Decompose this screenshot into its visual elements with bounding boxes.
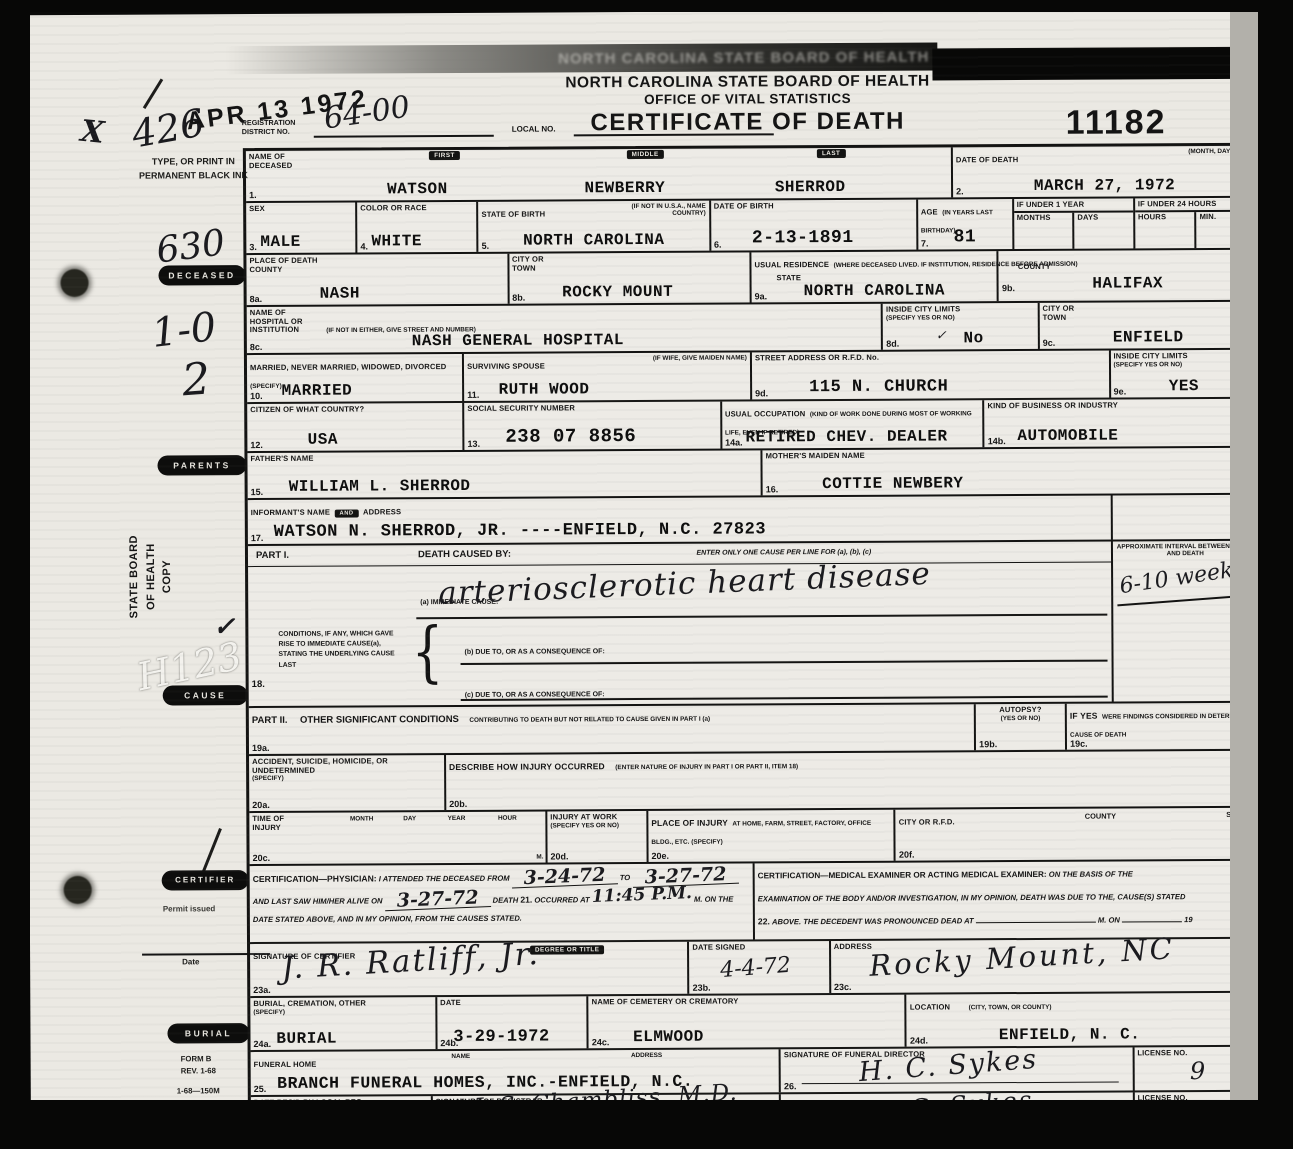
field-citizen: CITIZEN OF WHAT COUNTRY? 12. USA bbox=[247, 403, 464, 451]
cause-b-line bbox=[461, 660, 1108, 665]
father-name-value: WILLIAM L. SHERROD bbox=[289, 477, 471, 496]
form-row: MARRIED, NEVER MARRIED, WIDOWED, DIVORCE… bbox=[247, 350, 1257, 404]
registration-district-label: REGISTRATION DISTRICT NO. bbox=[242, 118, 296, 137]
tab-deceased: DECEASED bbox=[158, 265, 245, 285]
under-1-year-columns: MONTHS DAYS bbox=[1014, 212, 1133, 249]
cemetery-value: ELMWOOD bbox=[633, 1028, 704, 1046]
field-residence-city: CITY OR TOWN 9c. ENFIELD bbox=[1040, 302, 1257, 349]
first-name-value: WATSON bbox=[387, 180, 448, 198]
tab-burial: BURIAL bbox=[167, 1023, 249, 1043]
field-cemetery: NAME OF CEMETERY OR CREMATORY 24c. ELMWO… bbox=[589, 995, 907, 1049]
certificate-title: CERTIFICATE OF DEATH bbox=[448, 107, 1048, 138]
industry-value: AUTOMOBILE bbox=[1017, 427, 1118, 446]
field-place-of-death-county: PLACE OF DEATH COUNTY 8a. NASH bbox=[246, 254, 509, 305]
tab-parents: PARENTS bbox=[157, 455, 246, 475]
interval-value: 6-10 weeks bbox=[1118, 556, 1246, 599]
field-residence-state: USUAL RESIDENCE (WHERE DECEASED LIVED. I… bbox=[751, 251, 999, 302]
field-business-industry: KIND OF BUSINESS OR INDUSTRY 14b. AUTOMO… bbox=[984, 399, 1257, 447]
check-mark: ✓ bbox=[936, 328, 947, 343]
field-signature-of-certifier: SIGNATURE OF CERTIFIER DEGREE OR TITLE 2… bbox=[250, 942, 690, 996]
form-row-part2: PART II. OTHER SIGNIFICANT CONDITIONS CO… bbox=[249, 703, 1259, 756]
field-date-signed: DATE SIGNED 23b. 4-4-72 bbox=[689, 941, 831, 994]
field-date-of-birth: DATE OF BIRTH 6. 2-13-1891 bbox=[711, 200, 918, 251]
form-row-funeral-home: FUNERAL HOME NAME ADDRESS 25. BRANCH FUN… bbox=[251, 1047, 1261, 1097]
ghost-text: NORTH CAROLINA STATE BOARD OF HEALTH bbox=[558, 48, 937, 67]
tab-certifier: CERTIFIER bbox=[162, 870, 249, 890]
due-to-b-label: (b) DUE TO, OR AS A CONSEQUENCE OF: bbox=[464, 648, 604, 656]
field-sex: SEX 3. MALE bbox=[246, 203, 357, 254]
citizen-value: USA bbox=[308, 431, 338, 449]
ssn-value: 238 07 8856 bbox=[505, 425, 636, 448]
field-name-of-deceased: NAME OF DECEASED FIRST MIDDLE LAST 1. WA… bbox=[246, 147, 953, 201]
handwritten-x-mark: X bbox=[79, 114, 106, 151]
field-surviving-spouse: SURVIVING SPOUSE (IF WIFE, GIVE MAIDEN N… bbox=[464, 352, 752, 401]
type-or-print-note: TYPE, OR PRINT IN PERMANENT BLACK INK bbox=[126, 154, 261, 183]
informant-value: WATSON N. SHERROD, JR. ----ENFIELD, N.C.… bbox=[274, 520, 766, 542]
right-black-border bbox=[1258, 0, 1293, 1149]
certificate-form: NAME OF DECEASED FIRST MIDDLE LAST 1. WA… bbox=[243, 143, 1264, 1136]
margin-date-label: Date bbox=[182, 957, 199, 966]
field-state-of-birth: STATE OF BIRTH (IF NOT IN U.S.A., NAME C… bbox=[478, 201, 711, 252]
scanned-death-certificate: NORTH CAROLINA STATE BOARD OF HEALTH X 4… bbox=[0, 0, 1293, 1149]
bottom-black-border bbox=[0, 1100, 1293, 1149]
field-inside-city-limits-death: INSIDE CITY LIMITS (SPECIFY YES OR NO) 8… bbox=[883, 303, 1040, 350]
certificate-paper: NORTH CAROLINA STATE BOARD OF HEALTH X 4… bbox=[25, 9, 1265, 1107]
form-row-part1: PART I. DEATH CAUSED BY: ENTER ONLY ONE … bbox=[248, 541, 1259, 708]
burial-value: BURIAL bbox=[276, 1030, 337, 1048]
handwritten-630: 630 bbox=[154, 222, 227, 271]
attended-from-value: 3-24-72 bbox=[511, 866, 618, 888]
field-street-address: STREET ADDRESS OR R.F.D. No. 9d. 115 N. … bbox=[752, 351, 1111, 400]
permit-issued-label: Permit issued bbox=[163, 904, 216, 913]
director-license-value: 9 bbox=[1190, 1057, 1205, 1085]
field-cause-of-death: PART I. DEATH CAUSED BY: ENTER ONLY ONE … bbox=[248, 542, 1113, 707]
signature-line bbox=[802, 1082, 1118, 1085]
conditions-note: CONDITIONS, IF ANY, WHICH GAVE RISE TO I… bbox=[278, 629, 406, 670]
field-certification-physician: CERTIFICATION—PHYSICIAN: I ATTENDED THE … bbox=[250, 863, 755, 942]
residence-city-value: ENFIELD bbox=[1040, 328, 1257, 347]
check-stroke bbox=[143, 78, 163, 108]
days-column: DAYS bbox=[1074, 212, 1133, 248]
form-row: INFORMANT'S NAME AND ADDRESS 17. WATSON … bbox=[248, 495, 1258, 546]
field-accident-suicide: ACCIDENT, SUICIDE, HOMICIDE, OR UNDETERM… bbox=[249, 755, 446, 811]
form-number-note: FORM B REV. 1-68 bbox=[181, 1053, 216, 1077]
field-date-of-death: DATE OF DEATH (MONTH, DAY, YEAR) 2. MARC… bbox=[953, 146, 1256, 198]
death-county-value: NASH bbox=[320, 284, 360, 302]
hole-punch-bottom bbox=[64, 876, 92, 904]
date-signed-value: 4-4-72 bbox=[719, 953, 792, 983]
form-row: ACCIDENT, SUICIDE, HOMICIDE, OR UNDETERM… bbox=[249, 751, 1259, 813]
handwritten-2: 2 bbox=[180, 353, 212, 406]
field-funeral-director-signature: SIGNATURE OF FUNERAL DIRECTOR 26. H. C. … bbox=[781, 1047, 1135, 1092]
last-name-header: LAST bbox=[817, 149, 845, 158]
field-time-of-injury: TIME OF INJURY MONTH DAY YEAR HOUR 20c. … bbox=[249, 812, 547, 865]
field-color-or-race: COLOR OR RACE 4. WHITE bbox=[357, 202, 478, 253]
field-burial-date: DATE 24b. 3-29-1972 bbox=[437, 996, 589, 1049]
field-usual-occupation: USUAL OCCUPATION (KIND OF WORK DONE DURI… bbox=[722, 400, 985, 448]
top-black-border bbox=[0, 0, 1293, 12]
cemetery-location-value: ENFIELD, N. C. bbox=[999, 1025, 1141, 1044]
form-row-signatures: SIGNATURE OF CERTIFIER DEGREE OR TITLE 2… bbox=[250, 939, 1260, 998]
age-value: 81 bbox=[918, 227, 1012, 247]
form-row: NAME OF HOSPITAL OR INSTITUTION (IF NOT … bbox=[247, 302, 1257, 355]
handwritten-1-0: 1-0 bbox=[149, 304, 218, 357]
office-subtitle: OFFICE OF VITAL STATISTICS bbox=[448, 90, 1048, 108]
field-ssn: SOCIAL SECURITY NUMBER 13. 238 07 8856 bbox=[464, 402, 722, 450]
usual-residence-group-label: USUAL RESIDENCE (WHERE DECEASED LIVED. I… bbox=[754, 253, 994, 272]
field-informant: INFORMANT'S NAME AND ADDRESS 17. WATSON … bbox=[248, 496, 1113, 545]
hospital-value: NASH GENERAL HOSPITAL bbox=[412, 331, 624, 350]
field-marital-status: MARRIED, NEVER MARRIED, WIDOWED, DIVORCE… bbox=[247, 354, 464, 402]
field-injury-location: CITY OR R.F.D. COUNTY STATE 20f. bbox=[896, 808, 1260, 861]
residence-state-value: NORTH CAROLINA bbox=[752, 281, 998, 300]
form-row: PLACE OF DEATH COUNTY 8a. NASH CITY OR T… bbox=[246, 250, 1256, 307]
first-name-header: FIRST bbox=[429, 151, 460, 160]
field-autopsy: AUTOPSY? (YES OR NO) 19b. bbox=[976, 704, 1067, 750]
months-column: MONTHS bbox=[1014, 212, 1075, 248]
brace: { bbox=[412, 619, 444, 685]
bleedthrough-header-band: NORTH CAROLINA STATE BOARD OF HEALTH bbox=[225, 42, 937, 74]
state-of-birth-value: NORTH CAROLINA bbox=[479, 231, 709, 250]
field-burial-cremation: BURIAL, CREMATION, OTHER (SPECIFY) 24a. … bbox=[250, 997, 437, 1050]
street-address-value: 115 N. CHURCH bbox=[809, 377, 948, 397]
meridiem-label: M. bbox=[536, 854, 543, 861]
form-row-burial: BURIAL, CREMATION, OTHER (SPECIFY) 24a. … bbox=[250, 993, 1260, 1052]
inside-city-limits-death-value: No bbox=[963, 329, 983, 347]
field-hospital: NAME OF HOSPITAL OR INSTITUTION (IF NOT … bbox=[247, 304, 884, 353]
sex-value: MALE bbox=[260, 233, 300, 251]
hours-column: HOURS bbox=[1135, 212, 1197, 248]
field-how-injury-occurred: DESCRIBE HOW INJURY OCCURRED (ENTER NATU… bbox=[446, 751, 1259, 810]
middle-name-value: NEWBERRY bbox=[584, 179, 665, 197]
form-row: SEX 3. MALE COLOR OR RACE 4. WHITE STATE… bbox=[246, 198, 1256, 255]
cause-a-line bbox=[416, 614, 1107, 620]
burial-date-value: 3-29-1972 bbox=[453, 1028, 549, 1048]
field-other-significant-conditions: PART II. OTHER SIGNIFICANT CONDITIONS CO… bbox=[249, 704, 976, 754]
field-place-of-injury: PLACE OF INJURY AT HOME, FARM, STREET, F… bbox=[648, 810, 896, 862]
field-age: AGE (IN YEARS LAST BIRTHDAY) 7. 81 bbox=[918, 199, 1014, 250]
form-row-certification: CERTIFICATION—PHYSICIAN: I ATTENDED THE … bbox=[250, 861, 1260, 944]
form-row: CITIZEN OF WHAT COUNTRY? 12. USA SOCIAL … bbox=[247, 399, 1257, 453]
surviving-spouse-value: RUTH WOOD bbox=[499, 380, 590, 398]
marital-status-value: MARRIED bbox=[281, 382, 352, 400]
field-father-name: FATHER'S NAME 15. WILLIAM L. SHERROD bbox=[247, 450, 762, 498]
race-value: WHITE bbox=[371, 232, 422, 250]
form-row: TIME OF INJURY MONTH DAY YEAR HOUR 20c. … bbox=[249, 808, 1259, 866]
field-injury-at-work: INJURY AT WORK (SPECIFY YES OR NO) 20d. bbox=[547, 811, 648, 863]
tab-cause: CAUSE bbox=[163, 685, 248, 705]
field-certification-medical-examiner: CERTIFICATION—MEDICAL EXAMINER OR ACTING… bbox=[755, 861, 1260, 940]
field-mother-maiden-name: MOTHER'S MAIDEN NAME 16. COTTIE NEWBERY bbox=[763, 448, 1258, 496]
last-name-value: SHERROD bbox=[775, 178, 846, 196]
time-of-death-value: 11:45 P.M. bbox=[591, 886, 692, 905]
occupation-value: RETIRED CHEV. DEALER bbox=[745, 427, 947, 446]
residence-county-value: HALIFAX bbox=[999, 274, 1257, 293]
field-residence-county: COUNTY 9b. HALIFAX bbox=[999, 250, 1257, 301]
form-row: NAME OF DECEASED FIRST MIDDLE LAST 1. WA… bbox=[246, 146, 1256, 203]
form-row: FATHER'S NAME 15. WILLIAM L. SHERROD MOT… bbox=[247, 448, 1257, 500]
death-city-value: ROCKY MOUNT bbox=[562, 283, 673, 302]
date-of-birth-value: 2-13-1891 bbox=[752, 228, 854, 249]
certifier-signature: J. R. Ratliff, Jr. bbox=[280, 936, 540, 987]
mother-maiden-name-value: COTTIE NEWBERY bbox=[822, 474, 964, 493]
middle-name-header: MIDDLE bbox=[627, 150, 664, 159]
and-pill: AND bbox=[334, 509, 358, 517]
page-edge-shadow bbox=[1230, 0, 1260, 1149]
field-certifier-address: ADDRESS 23c. Rocky Mount, NC bbox=[831, 939, 1261, 993]
field-cemetery-location: LOCATION (CITY, TOWN, OR COUNTY) (STATE)… bbox=[907, 993, 1261, 1047]
form-print-run-note: 1-68—150M bbox=[177, 1086, 220, 1095]
hole-punch-top bbox=[60, 269, 88, 297]
last-seen-alive-value: 3-27-72 bbox=[384, 889, 491, 911]
field-if-under-1-year: IF UNDER 1 YEAR MONTHS DAYS bbox=[1014, 198, 1135, 249]
certificate-number: 11182 bbox=[1066, 103, 1167, 143]
field-place-of-death-city: CITY OR TOWN 8b. ROCKY MOUNT bbox=[509, 252, 752, 303]
left-black-border bbox=[0, 0, 30, 1149]
part1-header: PART I. DEATH CAUSED BY: ENTER ONLY ONE … bbox=[248, 542, 1111, 568]
degree-or-title-label: DEGREE OR TITLE bbox=[530, 945, 605, 954]
date-of-death-value: MARCH 27, 1972 bbox=[953, 176, 1256, 196]
